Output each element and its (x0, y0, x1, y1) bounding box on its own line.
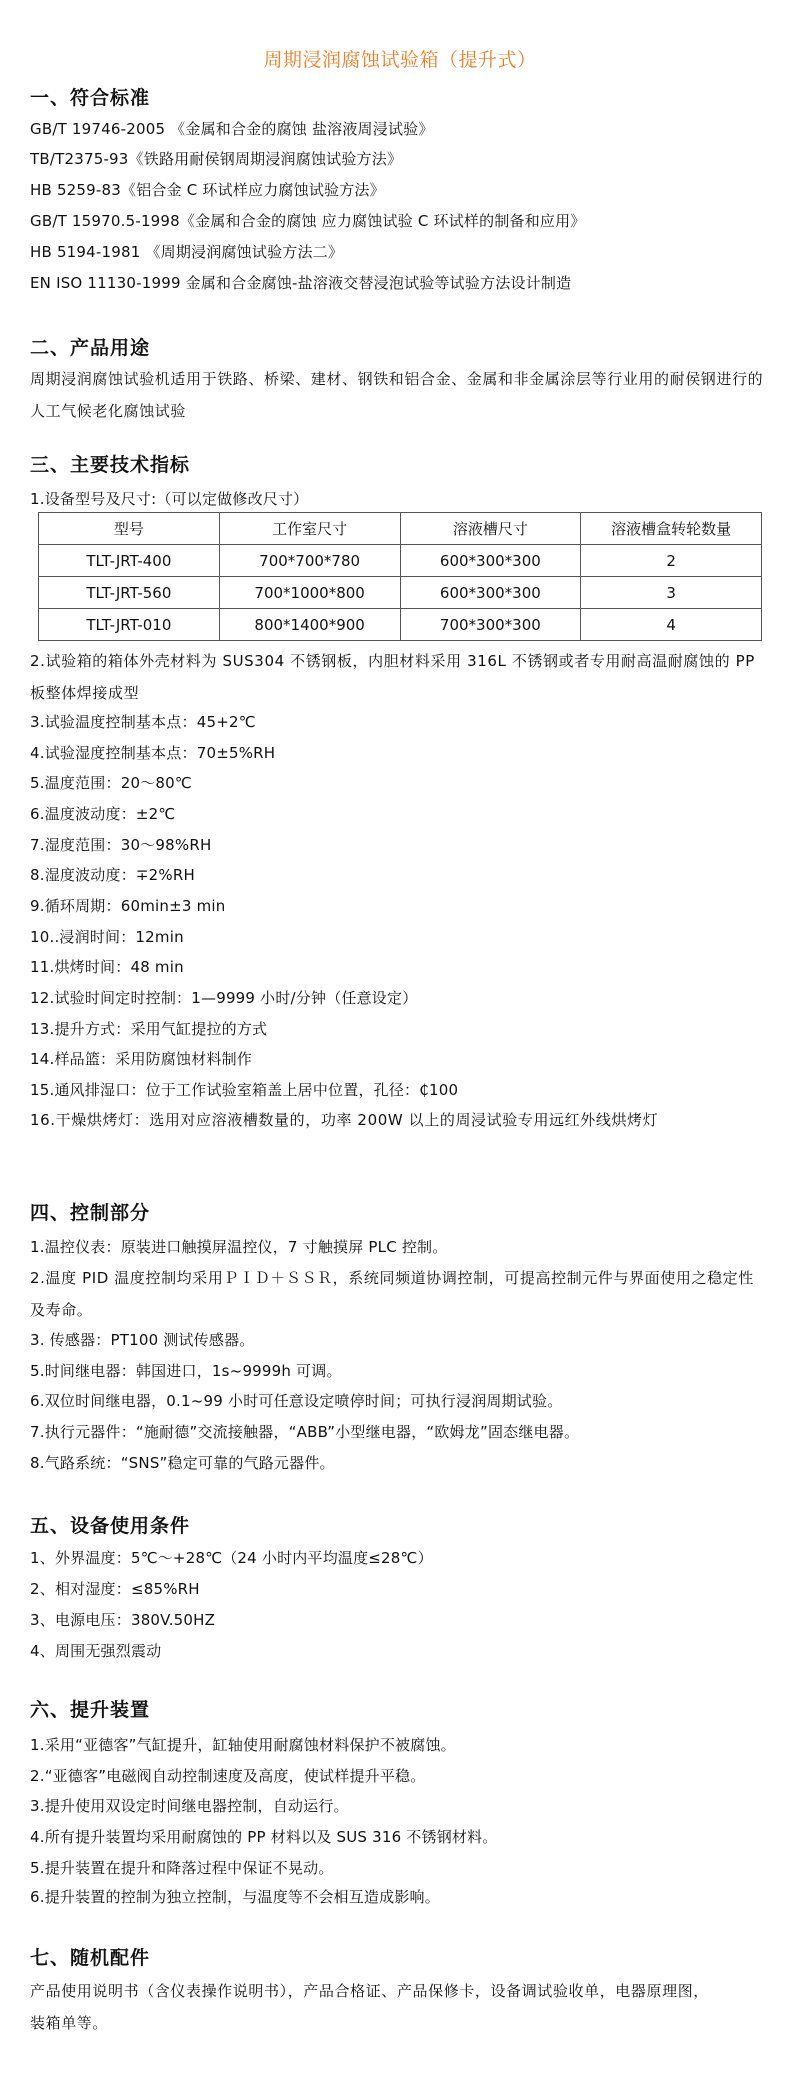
spec-item: 12.试验时间定时控制：1—9999 小时/分钟（任意设定） (30, 987, 770, 1009)
table-cell: 700*300*300 (400, 609, 581, 641)
table-cell: 700*700*780 (219, 545, 400, 577)
control-item: 3. 传感器：PT100 测试传感器。 (30, 1329, 770, 1351)
condition-item: 3、电源电压：380V.50HZ (30, 1609, 770, 1631)
document-page: 周期浸润腐蚀试验箱（提升式） 一、符合标准 GB/T 19746-2005 《金… (0, 0, 800, 2094)
spec-item: 8.湿度波动度：∓2%RH (30, 864, 770, 886)
usage-paragraph: 周期浸润腐蚀试验机适用于铁路、桥梁、建材、钢铁和铝合金、金属和非金属涂层等行业用… (30, 363, 765, 427)
spec-item-drying-lamp: 16.干燥烘烤灯：选用对应溶液槽数量的，功率 200W 以上的周浸试验专用远红外… (30, 1104, 765, 1136)
section-heading-standards: 一、符合标准 (30, 84, 150, 112)
section-heading-usage: 二、产品用途 (30, 334, 150, 362)
spec-item: 4.试验湿度控制基本点：70±5%RH (30, 742, 770, 764)
standard-line: GB/T 15970.5-1998《金属和合金的腐蚀 应力腐蚀试验 C 环试样的… (30, 210, 770, 232)
table-cell: 800*1400*900 (219, 609, 400, 641)
section-heading-conditions: 五、设备使用条件 (30, 1512, 190, 1540)
spec-item-material: 2.试验箱的箱体外壳材料为 SUS304 不锈钢板，内胆材料采用 316L 不锈… (30, 645, 765, 709)
spec-item: 13.提升方式：采用气缸提拉的方式 (30, 1018, 770, 1040)
lifting-item: 1.采用“亚德客”气缸提升，缸轴使用耐腐蚀材料保护不被腐蚀。 (30, 1734, 770, 1756)
spec-item: 3.试验温度控制基本点：45+2℃ (30, 711, 770, 733)
control-item: 8.气路系统：“SNS”稳定可靠的气路元器件。 (30, 1452, 770, 1474)
condition-item: 4、周围无强烈震动 (30, 1640, 770, 1662)
table-header-cell: 工作室尺寸 (219, 513, 400, 545)
table-row: TLT-JRT-560 700*1000*800 600*300*300 3 (39, 577, 762, 609)
lifting-item: 4.所有提升装置均采用耐腐蚀的 PP 材料以及 SUS 316 不锈钢材料。 (30, 1826, 770, 1848)
table-cell: 2 (581, 545, 762, 577)
standard-line: EN ISO 11130-1999 金属和合金腐蚀-盐溶液交替浸泡试验等试验方法… (30, 272, 770, 294)
table-cell: TLT-JRT-400 (39, 545, 220, 577)
accessories-paragraph: 产品使用说明书（含仪表操作说明书），产品合格证、产品保修卡，设备调试验收单，电器… (30, 1975, 710, 2039)
standard-line: GB/T 19746-2005 《金属和合金的腐蚀 盐溶液周浸试验》 (30, 118, 770, 140)
table-cell: TLT-JRT-010 (39, 609, 220, 641)
control-item: 6.双位时间继电器，0.1~99 小时可任意设定喷停时间；可执行浸润周期试验。 (30, 1390, 770, 1412)
table-header-cell: 型号 (39, 513, 220, 545)
table-header-cell: 溶液槽尺寸 (400, 513, 581, 545)
spec-item: 10..浸润时间：12min (30, 926, 770, 948)
standard-line: TB/T2375-93《铁路用耐侯钢周期浸润腐蚀试验方法》 (30, 148, 770, 170)
lifting-item: 2.“亚德客”电磁阀自动控制速度及高度，使试样提升平稳。 (30, 1765, 770, 1787)
section-heading-control: 四、控制部分 (30, 1199, 150, 1227)
condition-item: 2、相对湿度：≤85%RH (30, 1578, 770, 1600)
page-title: 周期浸润腐蚀试验箱（提升式） (0, 46, 800, 74)
section-heading-specs: 三、主要技术指标 (30, 451, 190, 479)
table-cell: 4 (581, 609, 762, 641)
spec-item: 15.通风排湿口：位于工作试验室箱盖上居中位置，孔径：₵100 (30, 1079, 770, 1101)
control-item-pid: 2.温度 PID 温度控制均采用ＰＩＤ＋ＳＳＲ，系统同频道协调控制，可提高控制元… (30, 1262, 765, 1326)
control-item: 5.时间继电器：韩国进口，1s~9999h 可调。 (30, 1360, 770, 1382)
model-size-table: 型号 工作室尺寸 溶液槽尺寸 溶液槽盒转轮数量 TLT-JRT-400 700*… (38, 512, 762, 641)
lifting-item: 6.提升装置的控制为独立控制，与温度等不会相互造成影响。 (30, 1886, 770, 1908)
spec-item: 6.温度波动度：±2℃ (30, 803, 770, 825)
table-header-row: 型号 工作室尺寸 溶液槽尺寸 溶液槽盒转轮数量 (39, 513, 762, 545)
spec-item: 5.温度范围：20～80℃ (30, 772, 770, 794)
section-heading-lifting: 六、提升装置 (30, 1696, 150, 1724)
section-heading-accessories: 七、随机配件 (30, 1944, 150, 1972)
table-row: TLT-JRT-400 700*700*780 600*300*300 2 (39, 545, 762, 577)
table-cell: 600*300*300 (400, 577, 581, 609)
spec-item: 11.烘烤时间：48 min (30, 956, 770, 978)
table-row: TLT-JRT-010 800*1400*900 700*300*300 4 (39, 609, 762, 641)
standard-line: HB 5194-1981 《周期浸润腐蚀试验方法二》 (30, 241, 770, 263)
standard-line: HB 5259-83《铝合金 C 环试样应力腐蚀试验方法》 (30, 179, 770, 201)
table-cell: 600*300*300 (400, 545, 581, 577)
table-caption: 1.设备型号及尺寸:（可以定做修改尺寸） (30, 488, 770, 510)
table-cell: TLT-JRT-560 (39, 577, 220, 609)
table-cell: 3 (581, 577, 762, 609)
condition-item: 1、外界温度：5℃～+28℃（24 小时内平均温度≤28℃） (30, 1547, 770, 1569)
lifting-item: 5.提升装置在提升和降落过程中保证不晃动。 (30, 1857, 770, 1879)
table-header-cell: 溶液槽盒转轮数量 (581, 513, 762, 545)
table-cell: 700*1000*800 (219, 577, 400, 609)
spec-item: 7.湿度范围：30～98%RH (30, 834, 770, 856)
control-item: 1.温控仪表：原装进口触摸屏温控仪，7 寸触摸屏 PLC 控制。 (30, 1236, 770, 1258)
lifting-item: 3.提升使用双设定时间继电器控制，自动运行。 (30, 1795, 770, 1817)
control-item: 7.执行元器件：“施耐德”交流接触器，“ABB”小型继电器，“欧姆龙”固态继电器… (30, 1421, 770, 1443)
spec-item: 14.样品篮：采用防腐蚀材料制作 (30, 1048, 770, 1070)
spec-item: 9.循环周期：60min±3 min (30, 895, 770, 917)
